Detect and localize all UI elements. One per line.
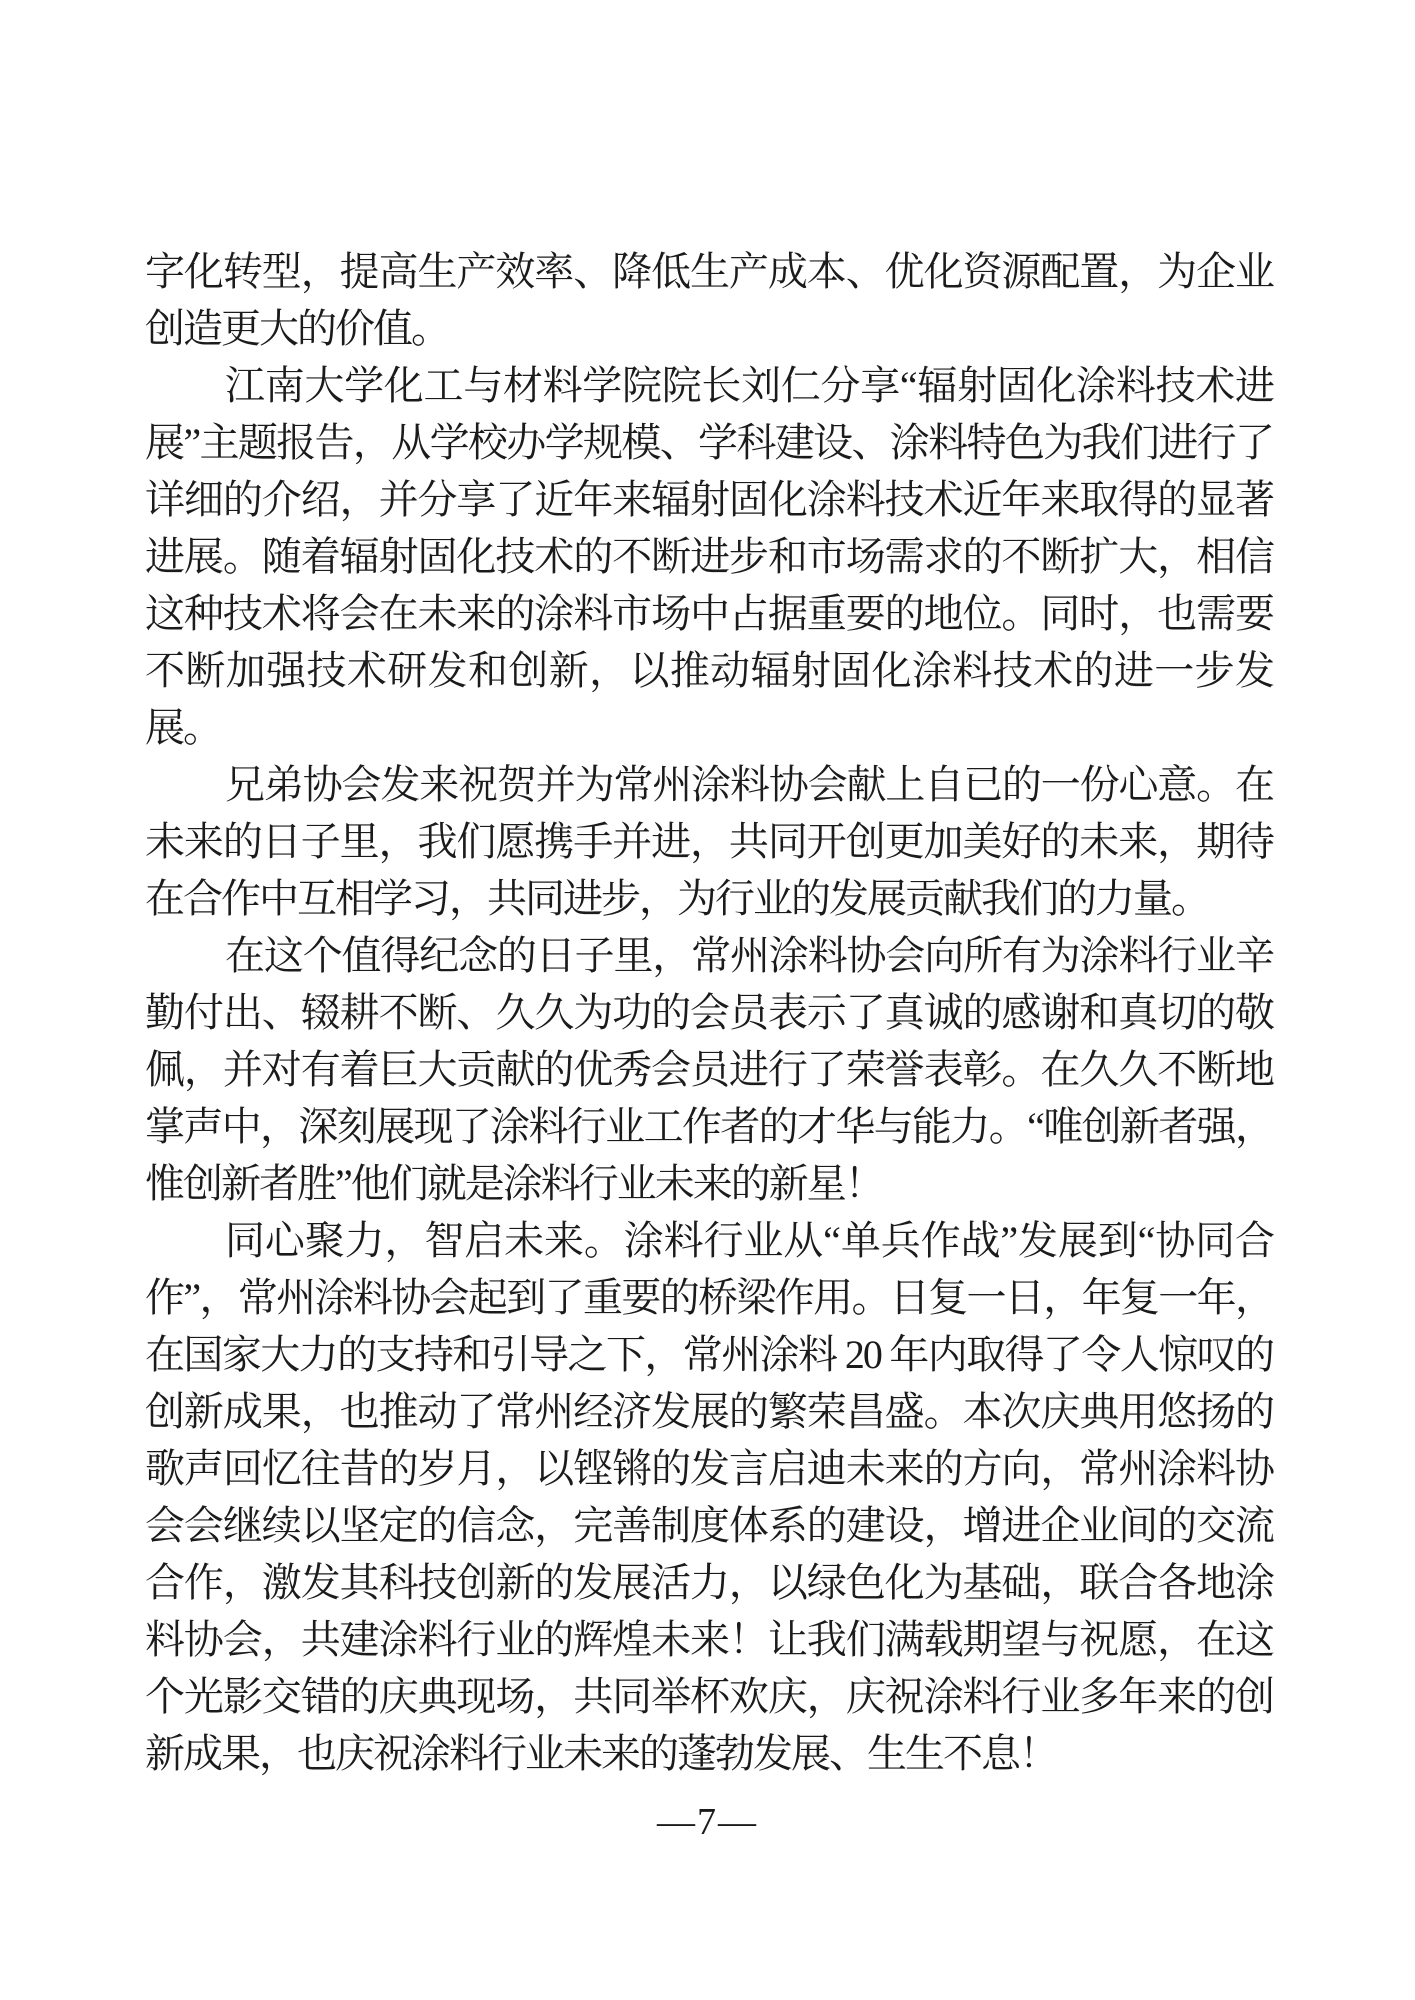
page-number: —7—	[0, 1800, 1415, 1844]
body-paragraph: 同心聚力，智启未来。涂料行业从“单兵作战”发展到“协同合作”，常州涂料协会起到了…	[145, 1212, 1273, 1782]
body-paragraph: 江南大学化工与材料学院院长刘仁分享“辐射固化涂料技术进展”主题报告，从学校办学规…	[145, 357, 1273, 756]
body-paragraph: 在这个值得纪念的日子里，常州涂料协会向所有为涂料行业辛勤付出、辍耕不断、久久为功…	[145, 927, 1273, 1212]
document-body: 字化转型，提高生产效率、降低生产成本、优化资源配置，为企业创造更大的价值。 江南…	[145, 243, 1273, 1782]
body-paragraph: 兄弟协会发来祝贺并为常州涂料协会献上自已的一份心意。在未来的日子里，我们愿携手并…	[145, 756, 1273, 927]
body-paragraph: 字化转型，提高生产效率、降低生产成本、优化资源配置，为企业创造更大的价值。	[145, 243, 1273, 357]
document-page: 字化转型，提高生产效率、降低生产成本、优化资源配置，为企业创造更大的价值。 江南…	[0, 0, 1415, 2000]
